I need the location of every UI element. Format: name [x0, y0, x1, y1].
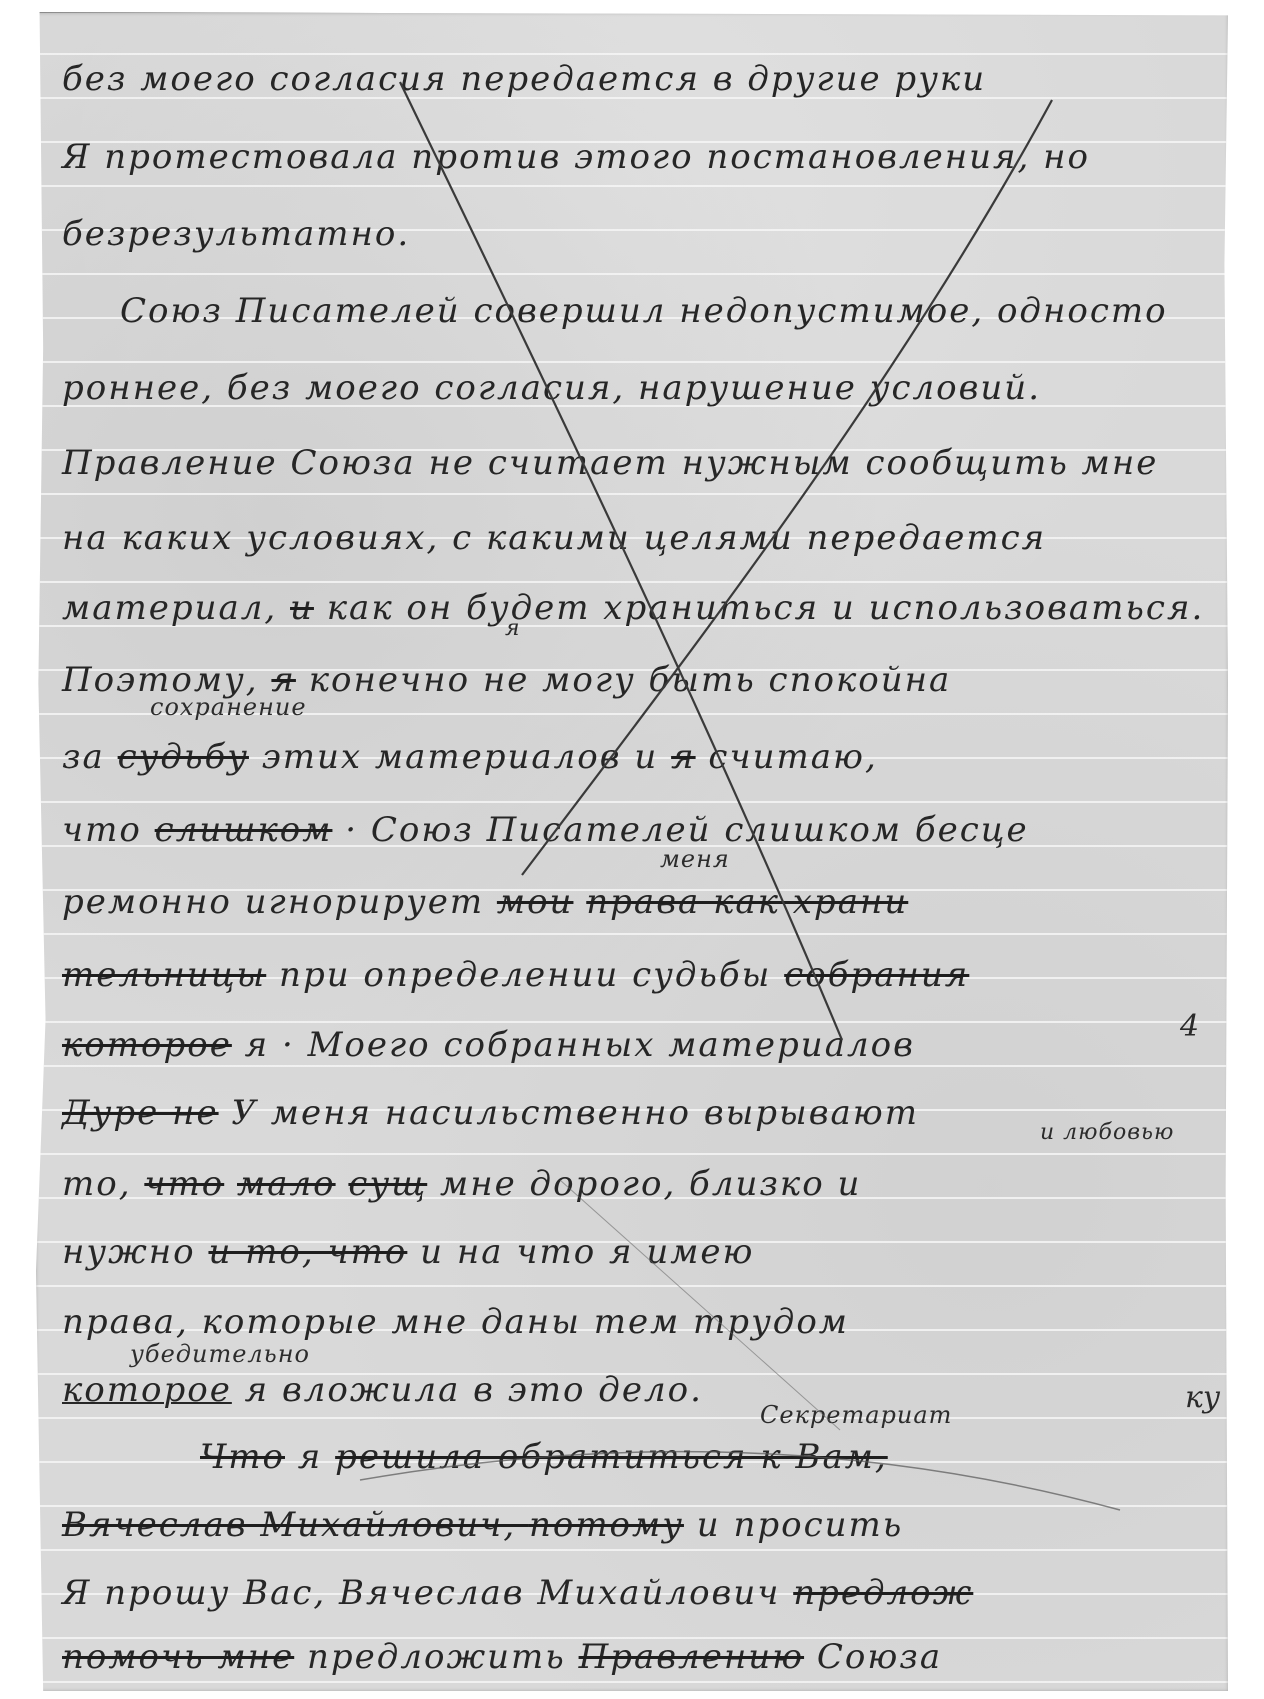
line-text: ремонно игнорирует — [62, 882, 497, 922]
struck-text: права как храни — [586, 882, 908, 922]
interlinear-insertion: и любовью — [1040, 1120, 1174, 1145]
manuscript-line: Я прошу Вас, Вячеслав Михайлович предлож — [62, 1576, 973, 1610]
struck-text: тельницы — [62, 955, 266, 995]
manuscript-line: помочь мне предложить Правлению Союза — [62, 1640, 942, 1674]
line-text: этих материалов и — [249, 737, 671, 777]
manuscript-line: за судьбу этих материалов и я считаю, — [62, 740, 878, 774]
manuscript-line: права, которые мне даны тем трудом — [62, 1305, 849, 1339]
manuscript-line: материал, и как он будет храниться и исп… — [62, 591, 1204, 625]
line-text: мне дорого, близко и — [427, 1164, 861, 1204]
line-text: и на что я имею — [407, 1232, 754, 1272]
line-text: считаю, — [696, 737, 878, 777]
struck-text: которое — [62, 1025, 232, 1065]
struck-text: мало — [237, 1164, 336, 1204]
interlinear-insertion: сохранение — [150, 693, 307, 721]
line-text: и просить — [684, 1505, 903, 1545]
line-text: роннее, без моего согласия, нарушение ус… — [62, 368, 1041, 408]
struck-text: собрания — [784, 955, 969, 995]
manuscript-line: Что я решила обратиться к Вам, — [200, 1440, 888, 1474]
line-text: У меня насильственно вырывают — [219, 1093, 919, 1133]
line-text: безрезультатно. — [62, 214, 410, 254]
struck-text: я — [671, 737, 696, 777]
underlined-text: которое — [62, 1370, 232, 1410]
manuscript-line: что слишком · Союз Писателей слишком бес… — [62, 813, 1029, 847]
line-text: Я прошу Вас, Вячеслав Михайлович — [62, 1573, 793, 1613]
line-text: как он будет храниться и использоваться. — [314, 588, 1204, 628]
struck-text: слишком — [155, 810, 333, 850]
interlinear-insertion: я — [505, 616, 521, 641]
manuscript-line: роннее, без моего согласия, нарушение ус… — [62, 371, 1041, 405]
line-text: Правление Союза не считает нужным сообщи… — [62, 443, 1158, 483]
line-text — [336, 1164, 349, 1204]
line-text: материал, — [62, 588, 290, 628]
struck-text: помочь мне — [62, 1637, 294, 1677]
line-text: без моего согласия передается в другие р… — [62, 59, 986, 99]
interlinear-insertion: убедительно — [130, 1340, 310, 1368]
struck-text: и — [290, 588, 314, 628]
manuscript-line: Дуре не У меня насильственно вырывают — [62, 1096, 919, 1130]
line-text: права, которые мне даны тем трудом — [62, 1302, 849, 1342]
struck-text: что — [144, 1164, 224, 1204]
manuscript-line: Союз Писателей совершил недопустимое, од… — [120, 294, 1168, 328]
line-text: Союз Писателей совершил недопустимое, од… — [120, 291, 1168, 331]
struck-text: решила обратиться к Вам, — [335, 1437, 888, 1477]
struck-text: сущ — [348, 1164, 427, 1204]
struck-text: мои — [497, 882, 574, 922]
interlinear-insertion: меня — [660, 845, 730, 873]
manuscript-line: ремонно игнорирует мои права как храни — [62, 885, 908, 919]
manuscript-line: то, что мало сущ мне дорого, близко и — [62, 1167, 861, 1201]
interlinear-insertion: Секретариат — [760, 1401, 952, 1429]
line-text: на каких условиях, с какими целями перед… — [62, 518, 1046, 558]
line-text: Я протестовала против этого постановлени… — [62, 137, 1090, 177]
manuscript-line: без моего согласия передается в другие р… — [62, 62, 986, 96]
line-text — [573, 882, 586, 922]
manuscript-line: которое я · Моего собранных материалов — [62, 1028, 915, 1062]
line-text: что — [62, 810, 155, 850]
manuscript-line: Я протестовала против этого постановлени… — [62, 140, 1090, 174]
line-text: нужно — [62, 1232, 208, 1272]
struck-text: Что — [200, 1437, 285, 1477]
line-text: я вложила в это дело. — [232, 1370, 703, 1410]
manuscript-line: которое я вложила в это дело. — [62, 1373, 703, 1407]
manuscript-line: нужно и то, что и на что я имею — [62, 1235, 754, 1269]
line-text: за — [62, 737, 118, 777]
manuscript-line: Правление Союза не считает нужным сообщи… — [62, 446, 1158, 480]
line-text: Союза — [804, 1637, 942, 1677]
margin-mark: 4 — [1180, 1009, 1199, 1044]
manuscript-line: Вячеслав Михайлович, потому и просить — [62, 1508, 903, 1542]
line-text: при определении судьбы — [266, 955, 784, 995]
line-text: конечно не могу быть спокойна — [296, 660, 951, 700]
line-text: · Союз Писателей слишком бесце — [332, 810, 1028, 850]
manuscript-line: тельницы при определении судьбы собрания — [62, 958, 969, 992]
struck-text: Правлению — [579, 1637, 804, 1677]
line-text — [224, 1164, 237, 1204]
struck-text: Вячеслав Михайлович, — [62, 1505, 529, 1545]
margin-mark: ку — [1185, 1380, 1220, 1415]
struck-text: судьбу — [118, 737, 249, 777]
line-text: то, — [62, 1164, 144, 1204]
line-text: предложить — [294, 1637, 578, 1677]
manuscript-line: безрезультатно. — [62, 217, 410, 251]
line-text: я · Моего собранных материалов — [232, 1025, 915, 1065]
struck-text: и то, что — [208, 1232, 407, 1272]
struck-text: предлож — [793, 1573, 973, 1613]
struck-text: потому — [529, 1505, 684, 1545]
line-text: я — [285, 1437, 335, 1477]
manuscript-line: на каких условиях, с какими целями перед… — [62, 521, 1046, 555]
struck-text: Дуре не — [62, 1093, 219, 1133]
